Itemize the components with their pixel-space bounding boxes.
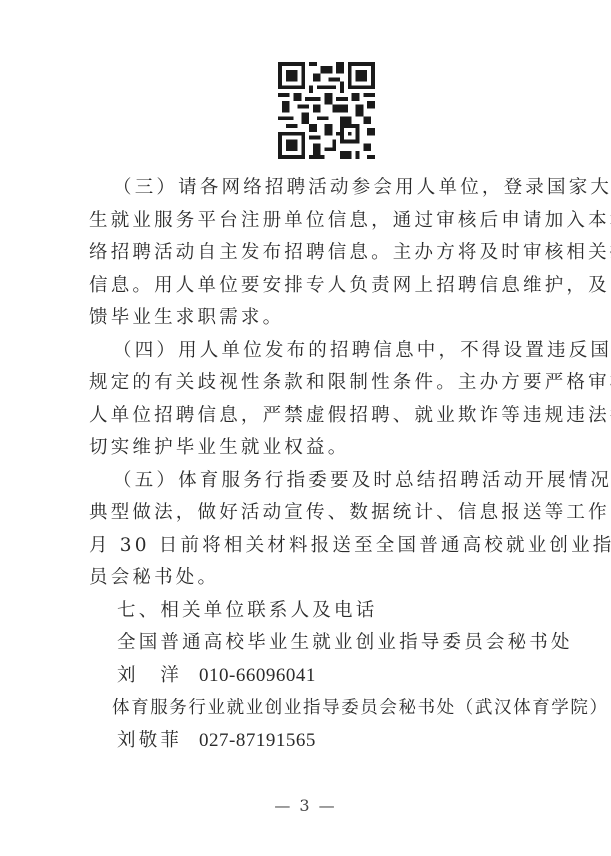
- paragraph-4-line-1: （四）用人单位发布的招聘信息中，不得设置违反国家: [113, 339, 611, 363]
- paragraph-5-line-4: 员会秘书处。: [89, 566, 219, 590]
- paragraph-3-line-5: 馈毕业生求职需求。: [89, 306, 284, 330]
- paragraph-3-line-2: 生就业服务平台注册单位信息，通过审核后申请加入本场网: [89, 209, 611, 233]
- contact-1-phone: 010-66096041: [199, 664, 316, 688]
- contact-2-org: 体育服务行业就业创业指导委员会秘书处（武汉体育学院）: [112, 696, 609, 720]
- paragraph-4-line-2: 规定的有关歧视性条款和限制性条件。主办方要严格审核用: [89, 371, 611, 395]
- paragraph-5-line-3: 月 30 日前将相关材料报送至全国普通高校就业创业指导委: [89, 534, 611, 558]
- contact-2-name: 刘敬菲: [117, 729, 182, 753]
- paragraph-3-line-1: （三）请各网络招聘活动参会用人单位，登录国家大学: [113, 176, 611, 200]
- paragraph-3-line-3: 络招聘活动自主发布招聘信息。主办方将及时审核相关招聘: [89, 241, 611, 265]
- page-number: — 3 —: [0, 796, 611, 815]
- paragraph-5-line-2: 典型做法，做好活动宣传、数据统计、信息报送等工作，12: [89, 501, 611, 525]
- contact-2-phone: 027-87191565: [199, 729, 316, 753]
- paragraph-4-line-3: 人单位招聘信息，严禁虚假招聘、就业欺诈等违规违法行为，: [89, 404, 611, 428]
- paragraph-4-line-4: 切实维护毕业生就业权益。: [89, 436, 349, 460]
- contact-1-org: 全国普通高校毕业生就业创业指导委员会秘书处: [117, 631, 573, 655]
- contact-1-name: 刘 洋: [117, 664, 182, 688]
- paragraph-5-line-1: （五）体育服务行指委要及时总结招聘活动开展情况和: [113, 469, 611, 493]
- section-7-heading: 七、相关单位联系人及电话: [117, 599, 377, 623]
- paragraph-3-line-4: 信息。用人单位要安排专人负责网上招聘信息维护，及时反: [89, 274, 611, 298]
- qr-code-icon: [278, 62, 375, 159]
